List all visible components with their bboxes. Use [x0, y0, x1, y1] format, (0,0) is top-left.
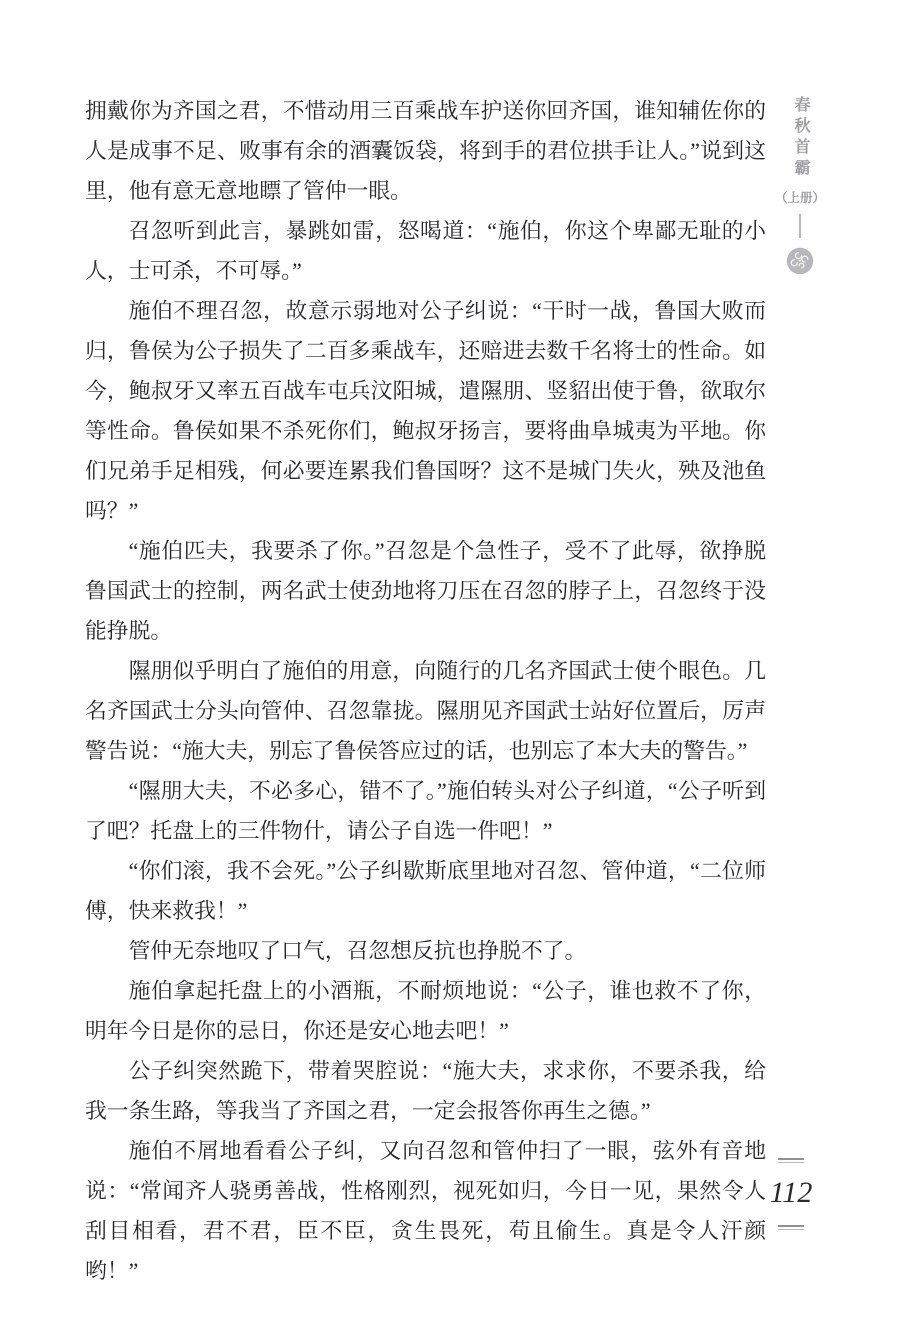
paragraph: “施伯匹夫，我要杀了你。”召忽是个急性子，受不了此辱，欲挣脱鲁国武士的控制，两名…: [85, 531, 766, 651]
book-title-sidebar: 春秋首霸 （上册）: [769, 96, 831, 275]
paragraph: “隰朋大夫，不必多心，错不了。”施伯转头对公子纠道，“公子听到了吧？托盘上的三件…: [85, 771, 766, 851]
paragraph: 管仲无奈地叹了口气，召忽想反抗也挣脱不了。: [85, 931, 766, 971]
page-number: 112: [770, 1178, 813, 1208]
volume-label: （上册）: [775, 188, 825, 206]
folio-rule-bottom: [778, 1225, 804, 1230]
paragraph: 公子纠突然跪下，带着哭腔说：“施大夫，求求你，不要杀我，给我一条生路，等我当了齐…: [85, 1051, 766, 1131]
book-title-vertical: 春秋首霸: [792, 96, 808, 180]
paragraph: 施伯不屑地看看公子纠，又向召忽和管仲扫了一眼，弦外有音地说：“常闻齐人骁勇善战，…: [85, 1131, 766, 1291]
paragraph: 拥戴你为齐国之君，不惜动用三百乘战车护送你回齐国，谁知辅佐你的人是成事不足、败事…: [85, 91, 766, 211]
vertical-rule: [799, 214, 801, 238]
folio-block: 112: [768, 1158, 814, 1230]
paragraph: 施伯拿起托盘上的小酒瓶，不耐烦地说：“公子，谁也救不了你，明年今日是你的忌日，你…: [85, 971, 766, 1051]
paragraph: “你们滚，我不会死。”公子纠歇斯底里地对召忽、管仲道，“二位师傅，快来救我！”: [85, 851, 766, 931]
book-page: { "sidebar": { "book_title": "春秋首霸", "vo…: [0, 0, 913, 1338]
paragraph: 施伯不理召忽，故意示弱地对公子纠说：“干时一战，鲁国大败而归，鲁侯为公子损失了二…: [85, 291, 766, 531]
paragraph: 召忽听到此言，暴跳如雷，怒喝道：“施伯，你这个卑鄙无耻的小人，士可杀，不可辱。”: [85, 211, 766, 291]
cloud-seal-icon: [786, 247, 814, 275]
paragraph: 隰朋似乎明白了施伯的用意，向随行的几名齐国武士使个眼色。几名齐国武士分头向管仲、…: [85, 651, 766, 771]
page-text: 拥戴你为齐国之君，不惜动用三百乘战车护送你回齐国，谁知辅佐你的人是成事不足、败事…: [85, 91, 766, 1291]
folio-rule-top: [778, 1158, 804, 1163]
